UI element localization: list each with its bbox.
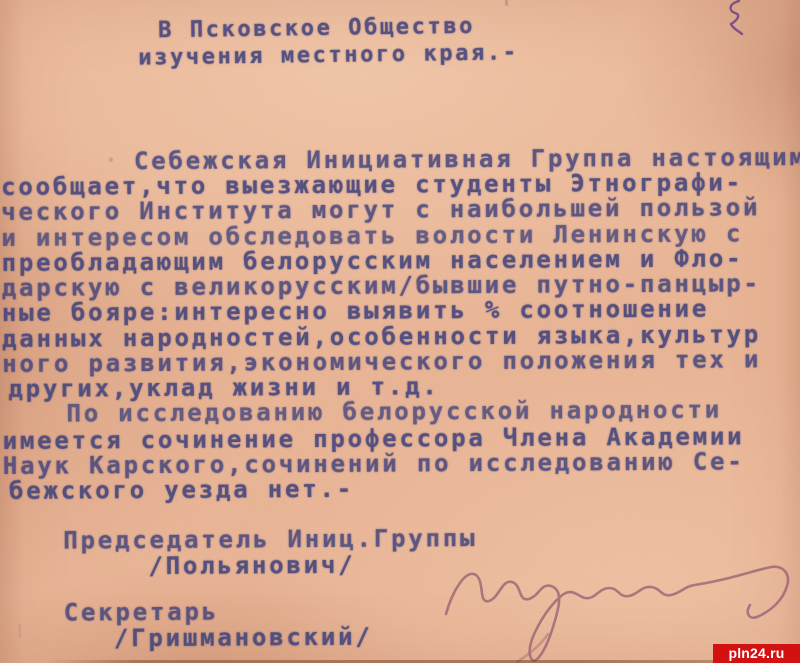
scanned-document-page: В Псковское Общество изучения местного к… — [0, 0, 800, 663]
chairman-name-line: /Польянович/ — [148, 554, 355, 577]
watermark-badge: pln24.ru — [713, 644, 800, 663]
heading-line: В Псковское Общество — [158, 16, 475, 42]
body-line: ные бояре:интересно выявить % соотношени… — [2, 298, 709, 324]
ink-speck — [109, 157, 113, 162]
secretary-name-line: /Гришмановский/ — [114, 626, 373, 650]
ink-speck — [505, 0, 508, 6]
body-line: бежского уезда нет.- — [9, 478, 354, 502]
secretary-title-line: Секретарь — [64, 601, 219, 624]
body-line: других,уклад жизни и т.д. — [8, 375, 439, 400]
body-line: ческого Института могут с наибольшей пол… — [1, 196, 760, 223]
chairman-title-line: Председатель Иниц.Группы — [63, 527, 477, 552]
heading-line: изучения местного края.- — [138, 42, 519, 69]
body-line: ного развития,экономического положения т… — [2, 348, 761, 375]
body-line: Наук Карского,сочинений по исследованию … — [3, 450, 745, 477]
body-line: По исследованию белорусской народности — [66, 399, 722, 425]
ink-speck — [19, 624, 21, 638]
typewritten-text-layer: В Псковское Общество изучения местного к… — [0, 0, 800, 663]
